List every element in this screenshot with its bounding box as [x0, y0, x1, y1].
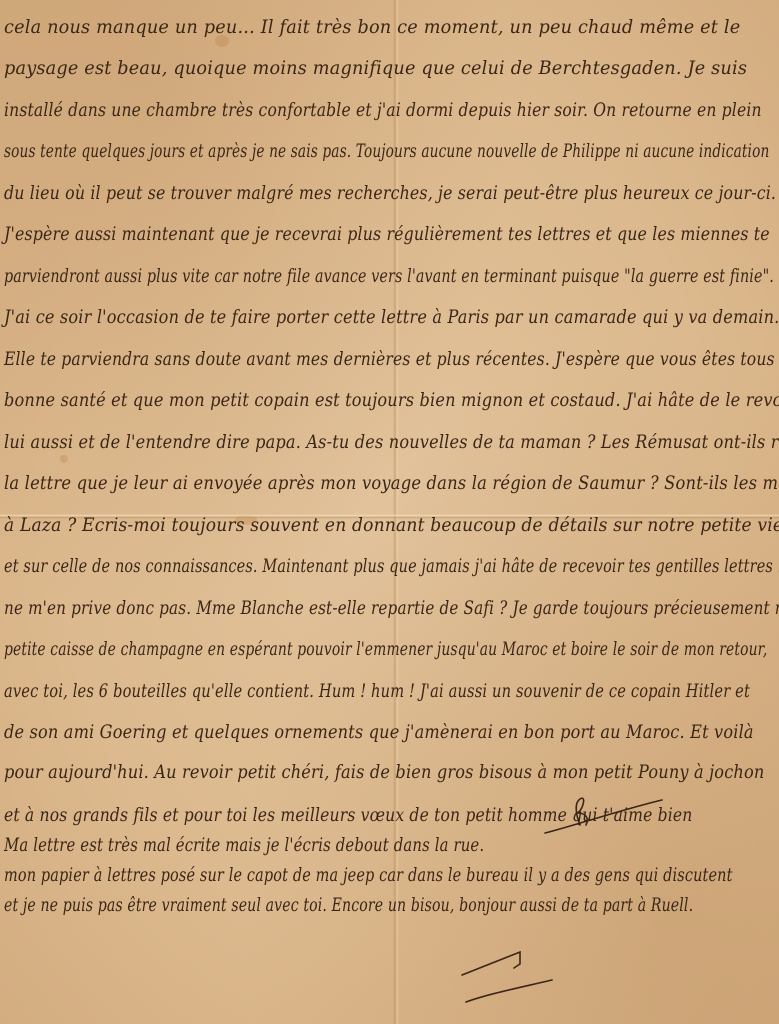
letter-line: et sur celle de nos connaissances. Maint… [4, 555, 779, 577]
letter-line: du lieu où il peut se trouver malgré mes… [4, 182, 776, 204]
closing-flourish [458, 950, 558, 1010]
letter-line: de son ami Goering et quelques ornements… [4, 721, 754, 743]
letter-line: cela nous manque un peu... Il fait très … [4, 16, 740, 38]
letter-line: installé dans une chambre très confortab… [4, 99, 762, 121]
postscript-line: mon papier à lettres posé sur le capot d… [4, 864, 733, 886]
signature-mark [540, 795, 670, 845]
letter-line: pour aujourd'hui. Au revoir petit chéri,… [4, 761, 764, 783]
letter-line: bonne santé et que mon petit copain est … [4, 389, 779, 411]
letter-line: sous tente quelques jours et après je ne… [4, 140, 769, 162]
letter-line: avec toi, les 6 bouteilles qu'elle conti… [4, 680, 750, 702]
letter-line: paysage est beau, quoique moins magnifiq… [4, 57, 747, 79]
letter-line: Elle te parviendra sans doute avant mes … [4, 348, 779, 370]
letter-line: J'espère aussi maintenant que je recevra… [4, 223, 770, 245]
postscript-line: Ma lettre est très mal écrite mais je l'… [4, 834, 484, 856]
letter-line: J'ai ce soir l'occasion de te faire port… [4, 306, 779, 328]
postscript-line: et je ne puis pas être vraiment seul ave… [4, 894, 693, 916]
letter-line: à Laza ? Ecris-moi toujours souvent en d… [4, 514, 779, 536]
letter-line: parviendront aussi plus vite car notre f… [4, 265, 774, 287]
letter-line: lui aussi et de l'entendre dire papa. As… [4, 431, 779, 453]
letter-line: la lettre que je leur ai envoyée après m… [4, 472, 779, 494]
letter-line: ne m'en prive donc pas. Mme Blanche est-… [4, 597, 779, 619]
paper-stain [60, 455, 68, 463]
letter-line: petite caisse de champagne en espérant p… [4, 638, 767, 660]
